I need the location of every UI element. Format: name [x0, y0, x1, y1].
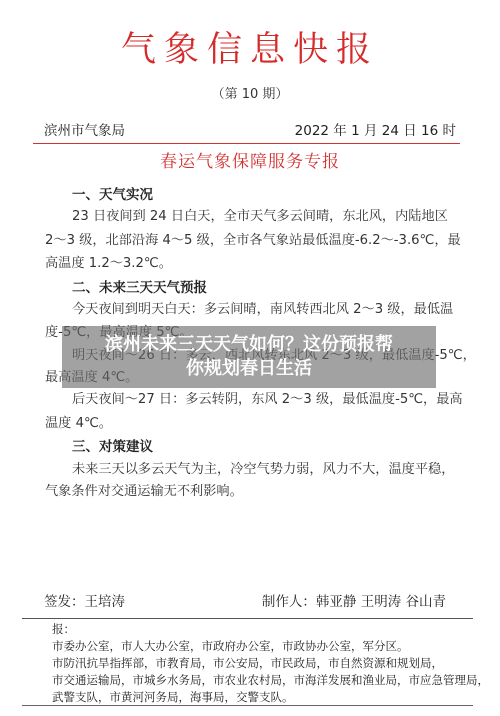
issuing-bureau: 滨州市气象局: [44, 122, 125, 140]
footer-divider-bottom: [22, 705, 473, 706]
section-heading: 一、天气实况: [72, 185, 153, 205]
body-line: 气象条件对交通运输无不利影响。: [45, 482, 243, 502]
overlay-headline-line1: 滨州未来三天天气如何？这份预报帮: [62, 333, 436, 357]
distribution-line: 武警支队，市黄河河务局，海事局，交警支队。: [52, 689, 294, 706]
body-line: 今天夜间到明天白天：多云间晴，南风转西北风 2～3 级，最低温: [72, 300, 453, 320]
footer-divider-top: [22, 618, 473, 619]
signer: 签发：王培涛: [44, 593, 125, 611]
issue-datetime: 2022 年 1 月 24 日 16 时: [295, 122, 456, 140]
body-line: 23 日夜间到 24 日白天，全市天气多云间晴，东北风，内陆地区: [72, 207, 448, 227]
distribution-line: 市防汛抗旱指挥部，市教育局，市公安局，市民政局，市自然资源和规划局，: [52, 655, 443, 672]
header-divider: [33, 143, 460, 144]
report-title: 气象信息快报: [0, 30, 500, 70]
distribution-line: 市委办公室，市人大办公室，市政府办公室，市政协办公室，军分区。: [52, 638, 409, 655]
body-line: 温度 4℃。: [45, 414, 112, 434]
body-line: 高温度 1.2～3.2℃。: [45, 254, 172, 274]
section-heading: 三、对策建议: [72, 437, 153, 457]
body-line: 未来三天以多云天气为主，冷空气势力弱，风力不大，温度平稳，: [72, 460, 454, 480]
issue-number: （第 10 期）: [0, 86, 500, 104]
report-subtitle: 春运气象保障服务专报: [0, 151, 500, 173]
body-line: 2～3 级，北部沿海 4～5 级，全市各气象站最低温度-6.2～-3.6℃，最: [45, 231, 461, 251]
section-heading: 二、未来三天天气预报: [72, 278, 207, 298]
distribution-label: 报：: [52, 621, 75, 638]
headline-overlay: 滨州未来三天天气如何？这份预报帮 你规划春日生活: [62, 326, 436, 388]
distribution-line: 市交通运输局，市城乡水务局，市农业农村局，市海洋发展和渔业局，市应急管理局，: [52, 672, 489, 689]
overlay-headline-line2: 你规划春日生活: [62, 357, 436, 381]
producers: 制作人：韩亚静 王明涛 谷山青: [262, 593, 446, 611]
body-line: 后天夜间～27 日：多云转阴，东风 2～3 级，最低温度-5℃，最高: [72, 390, 463, 410]
